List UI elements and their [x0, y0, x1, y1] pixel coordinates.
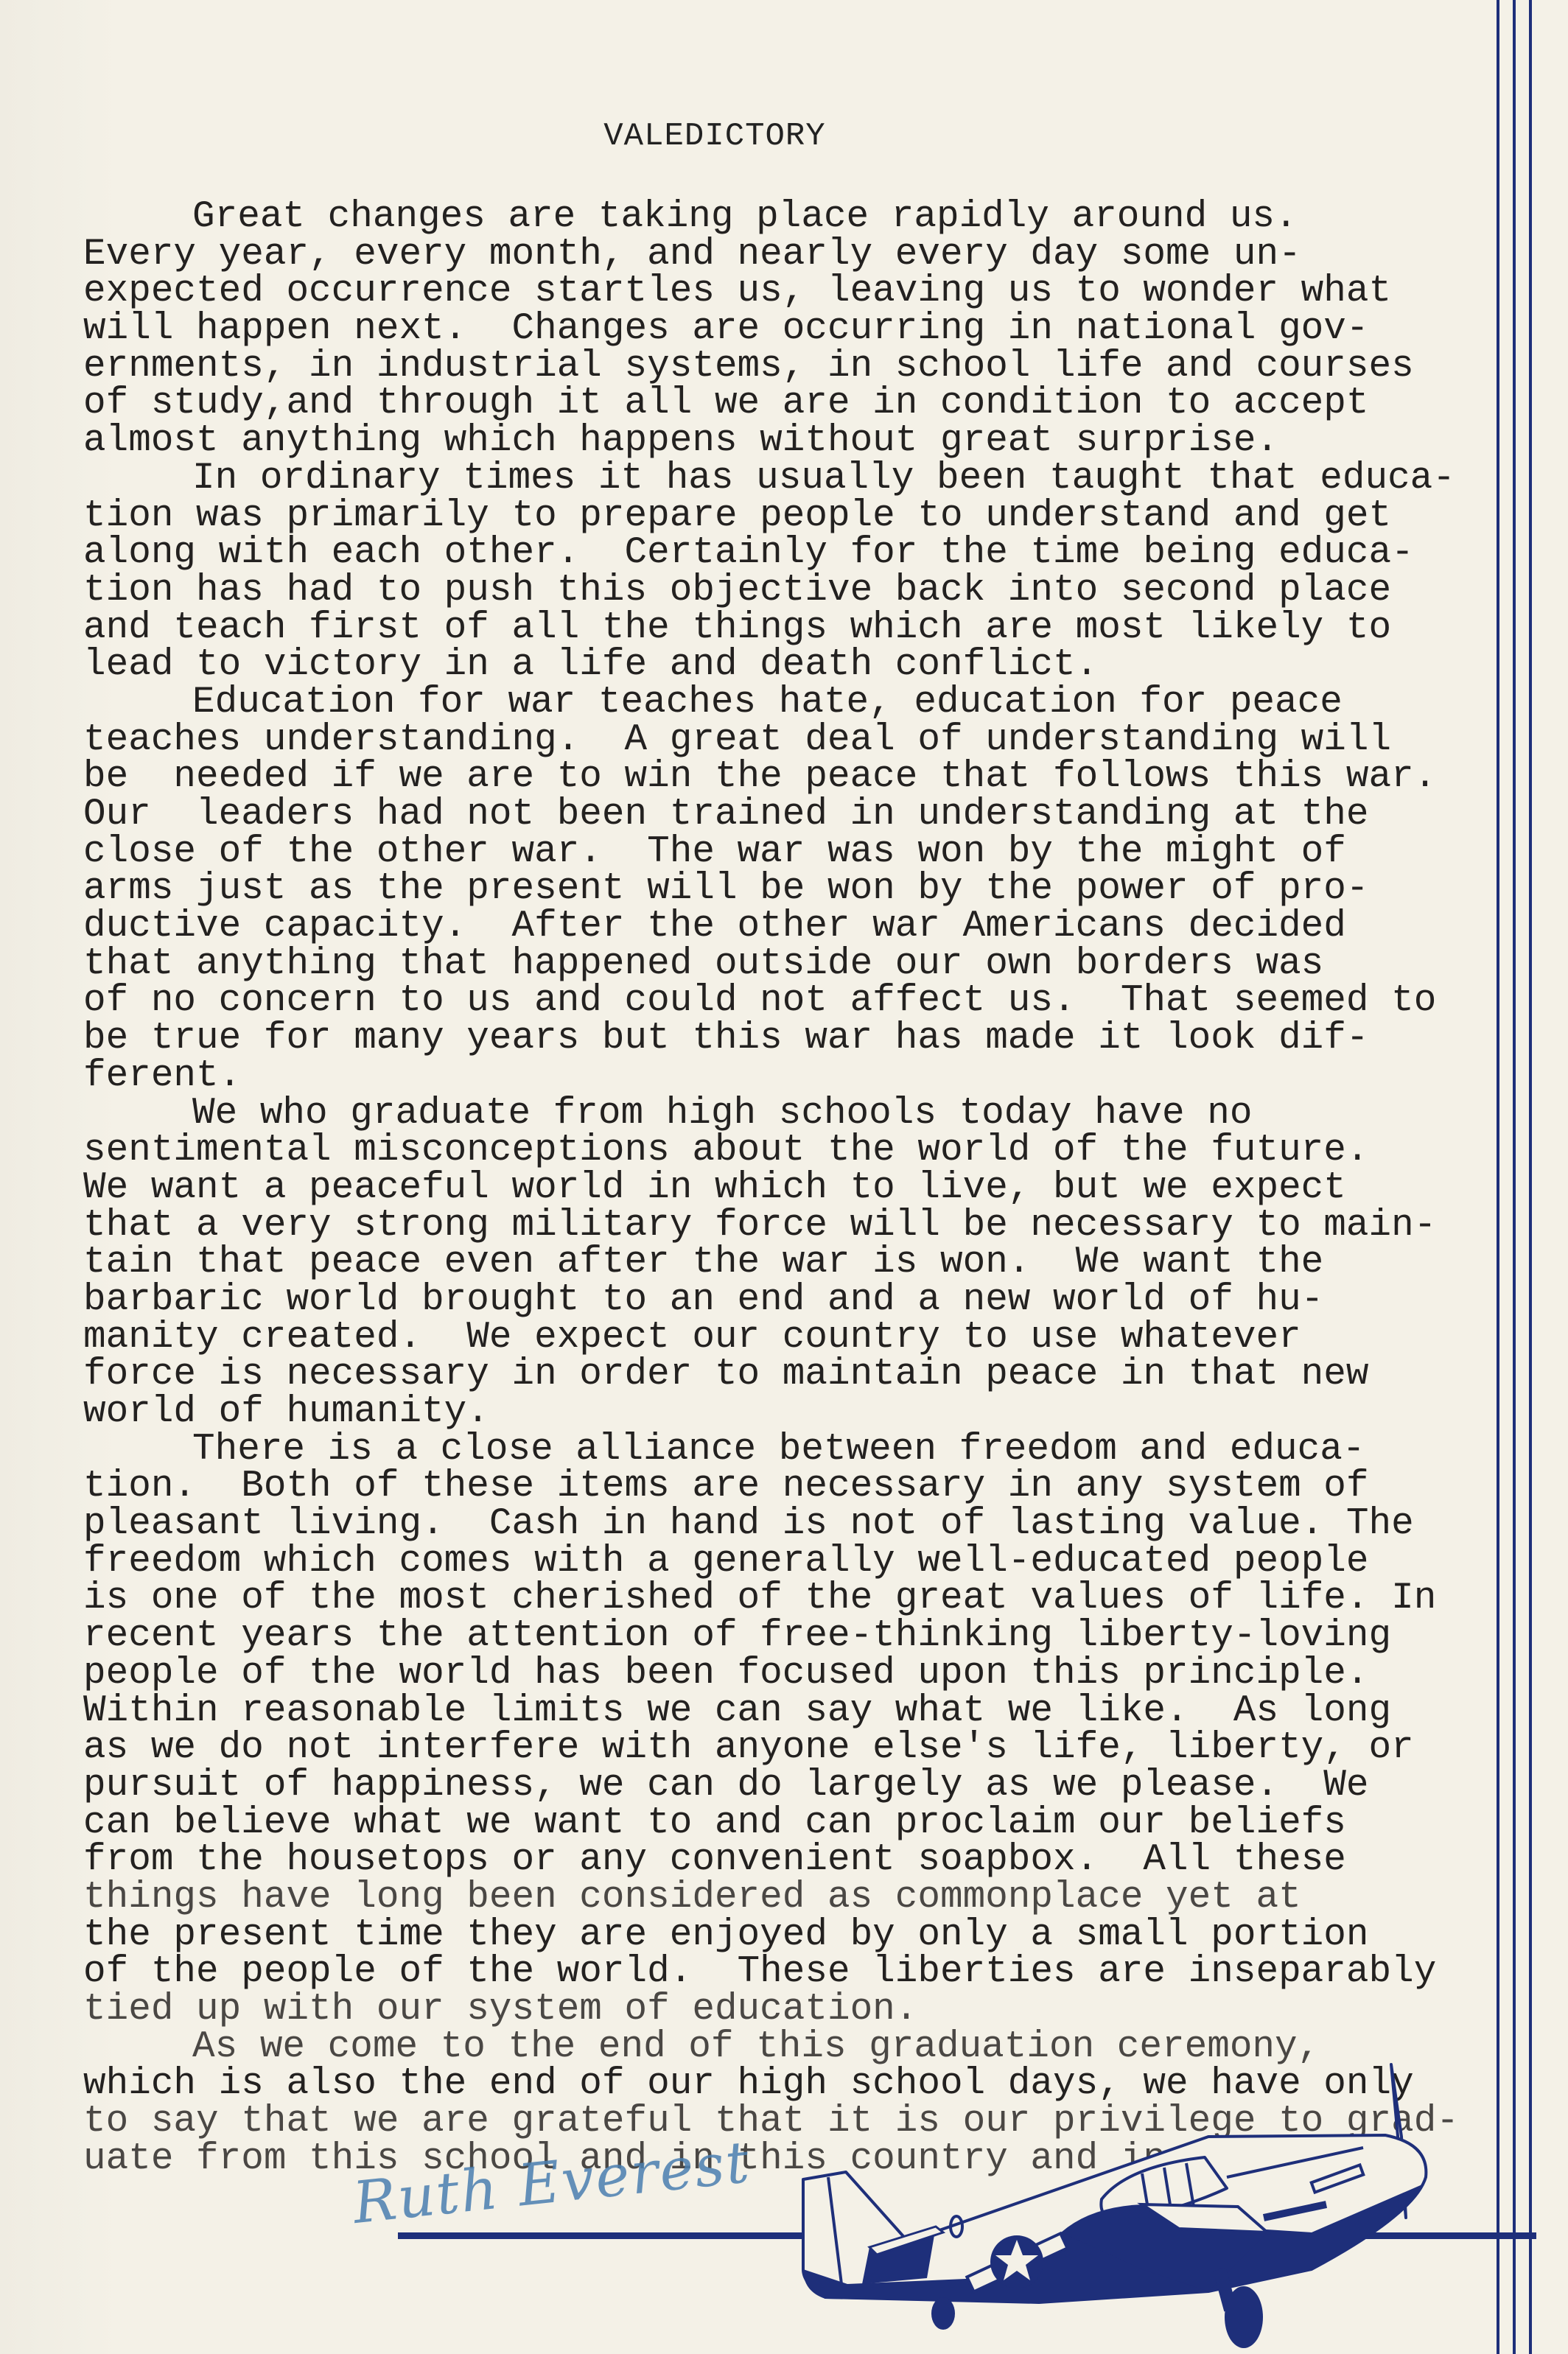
text-line: almost anything which happens without gr…	[83, 423, 1483, 460]
text-line: expected occurrence startles us, leaving…	[83, 273, 1483, 311]
text-line: things have long been considered as comm…	[83, 1880, 1483, 1917]
text-line: ferent.	[83, 1058, 1483, 1096]
page-title: VALEDICTORY	[0, 118, 1400, 155]
text-line: Great changes are taking place rapidly a…	[83, 199, 1483, 237]
text-line: people of the world has been focused upo…	[83, 1656, 1483, 1693]
text-line: We who graduate from high schools today …	[83, 1096, 1483, 1133]
text-line: that anything that happened outside our …	[83, 946, 1483, 984]
text-line: that a very strong military force will b…	[83, 1208, 1483, 1245]
text-line: Every year, every month, and nearly ever…	[83, 237, 1483, 274]
text-line: sentimental misconceptions about the wor…	[83, 1132, 1483, 1170]
text-line: ernments, in industrial systems, in scho…	[83, 348, 1483, 386]
text-line: freedom which comes with a generally wel…	[83, 1544, 1483, 1581]
border-rule-2	[1513, 0, 1516, 2354]
fighter-plane-icon	[796, 2048, 1459, 2354]
text-line: teaches understanding. A great deal of u…	[83, 722, 1483, 760]
ground-line-left	[398, 2232, 811, 2239]
text-line: lead to victory in a life and death conf…	[83, 647, 1483, 684]
text-line: be needed if we are to win the peace tha…	[83, 759, 1483, 796]
text-line: be true for many years but this war has …	[83, 1020, 1483, 1058]
paragraph-2: In ordinary times it has usually been ta…	[83, 460, 1483, 684]
text-line: tion was primarily to prepare people to …	[83, 498, 1483, 536]
text-line: of study,and through it all we are in co…	[83, 385, 1483, 423]
text-line: pleasant living. Cash in hand is not of …	[83, 1506, 1483, 1544]
text-line: tied up with our system of education.	[83, 1992, 1483, 2029]
text-line: from the housetops or any convenient soa…	[83, 1842, 1483, 1880]
text-line: of the people of the world. These libert…	[83, 1954, 1483, 1992]
text-line: ductive capacity. After the other war Am…	[83, 908, 1483, 946]
paragraph-1: Great changes are taking place rapidly a…	[83, 199, 1483, 460]
text-line: In ordinary times it has usually been ta…	[83, 460, 1483, 498]
border-rule-1	[1497, 0, 1499, 2354]
border-rule-3	[1529, 0, 1532, 2354]
text-line: force is necessary in order to maintain …	[83, 1356, 1483, 1394]
text-line: arms just as the present will be won by …	[83, 871, 1483, 908]
paragraph-4: We who graduate from high schools today …	[83, 1096, 1483, 1432]
text-line: manity created. We expect our country to…	[83, 1320, 1483, 1357]
paragraph-5: There is a close alliance between freedo…	[83, 1432, 1483, 2029]
text-line: We want a peaceful world in which to liv…	[83, 1170, 1483, 1208]
text-line: There is a close alliance between freedo…	[83, 1432, 1483, 1469]
text-line: Education for war teaches hate, educatio…	[83, 684, 1483, 722]
text-line: close of the other war. The war was won …	[83, 834, 1483, 872]
text-line: world of humanity.	[83, 1394, 1483, 1432]
text-line: tion. Both of these items are necessary …	[83, 1468, 1483, 1506]
text-line: Our leaders had not been trained in unde…	[83, 796, 1483, 834]
text-line: the present time they are enjoyed by onl…	[83, 1917, 1483, 1955]
text-line: is one of the most cherished of the grea…	[83, 1580, 1483, 1618]
text-line: of no concern to us and could not affect…	[83, 983, 1483, 1020]
text-line: will happen next. Changes are occurring …	[83, 311, 1483, 348]
text-line: barbaric world brought to an end and a n…	[83, 1282, 1483, 1320]
text-line: pursuit of happiness, we can do largely …	[83, 1768, 1483, 1805]
text-line: recent years the attention of free-think…	[83, 1618, 1483, 1656]
text-line: tain that peace even after the war is wo…	[83, 1244, 1483, 1282]
valedictory-body: Great changes are taking place rapidly a…	[83, 199, 1483, 2178]
text-line: and teach first of all the things which …	[83, 610, 1483, 648]
text-line: tion has had to push this objective back…	[83, 572, 1483, 610]
text-line: as we do not interfere with anyone else'…	[83, 1730, 1483, 1768]
text-line: along with each other. Certainly for the…	[83, 535, 1483, 572]
text-line: can believe what we want to and can proc…	[83, 1805, 1483, 1843]
text-line: Within reasonable limits we can say what…	[83, 1693, 1483, 1731]
paragraph-3: Education for war teaches hate, educatio…	[83, 684, 1483, 1096]
